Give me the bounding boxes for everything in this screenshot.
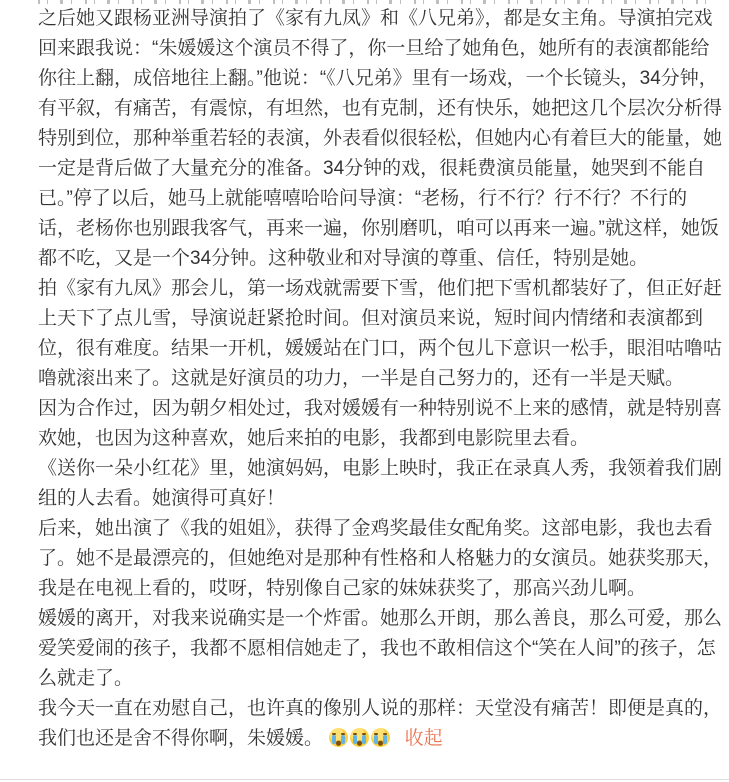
post-body: 之后她又跟杨亚洲导演拍了《家有九凤》和《八兄弟》，都是女主角。导演拍完戏回来跟我…	[38, 4, 722, 754]
post-paragraph: 拍《家有九凤》那会儿，第一场戏就需要下雪，他们把下雪机都装好了，但正好赶上天下了…	[38, 274, 722, 394]
post-paragraph: 媛媛的离开，对我来说确实是一个炸雷。她那么开朗，那么善良，那么可爱，那么爱笑爱闹…	[38, 604, 722, 694]
post-paragraph: 《送你一朵小红花》里，她演妈妈，电影上映时，我正在录真人秀，我领着我们剧组的人去…	[38, 454, 722, 514]
post-paragraph: 后来，她出演了《我的姐姐》，获得了金鸡奖最佳女配角奖。这部电影，我也去看了。她不…	[38, 514, 722, 604]
crying-emoji-icon	[371, 728, 390, 747]
post-view: 之后她又跟杨亚洲导演拍了《家有九凤》和《八兄弟》，都是女主角。导演拍完戏回来跟我…	[0, 0, 729, 782]
crying-emoji-icon	[329, 728, 348, 747]
post-paragraph: 因为合作过，因为朝夕相处过，我对媛媛有一种特别说不上来的感情，就是特别喜欢她，也…	[38, 394, 722, 454]
bottom-divider	[0, 779, 729, 780]
post-paragraph: 我今天一直在劝慰自己，也许真的像别人说的那样：天堂没有痛苦！即便是真的，我们也还…	[38, 694, 722, 754]
crying-emoji-icon	[350, 728, 369, 747]
post-paragraph: 之后她又跟杨亚洲导演拍了《家有九凤》和《八兄弟》，都是女主角。导演拍完戏回来跟我…	[38, 4, 722, 274]
collapse-link[interactable]: 收起	[405, 728, 443, 749]
